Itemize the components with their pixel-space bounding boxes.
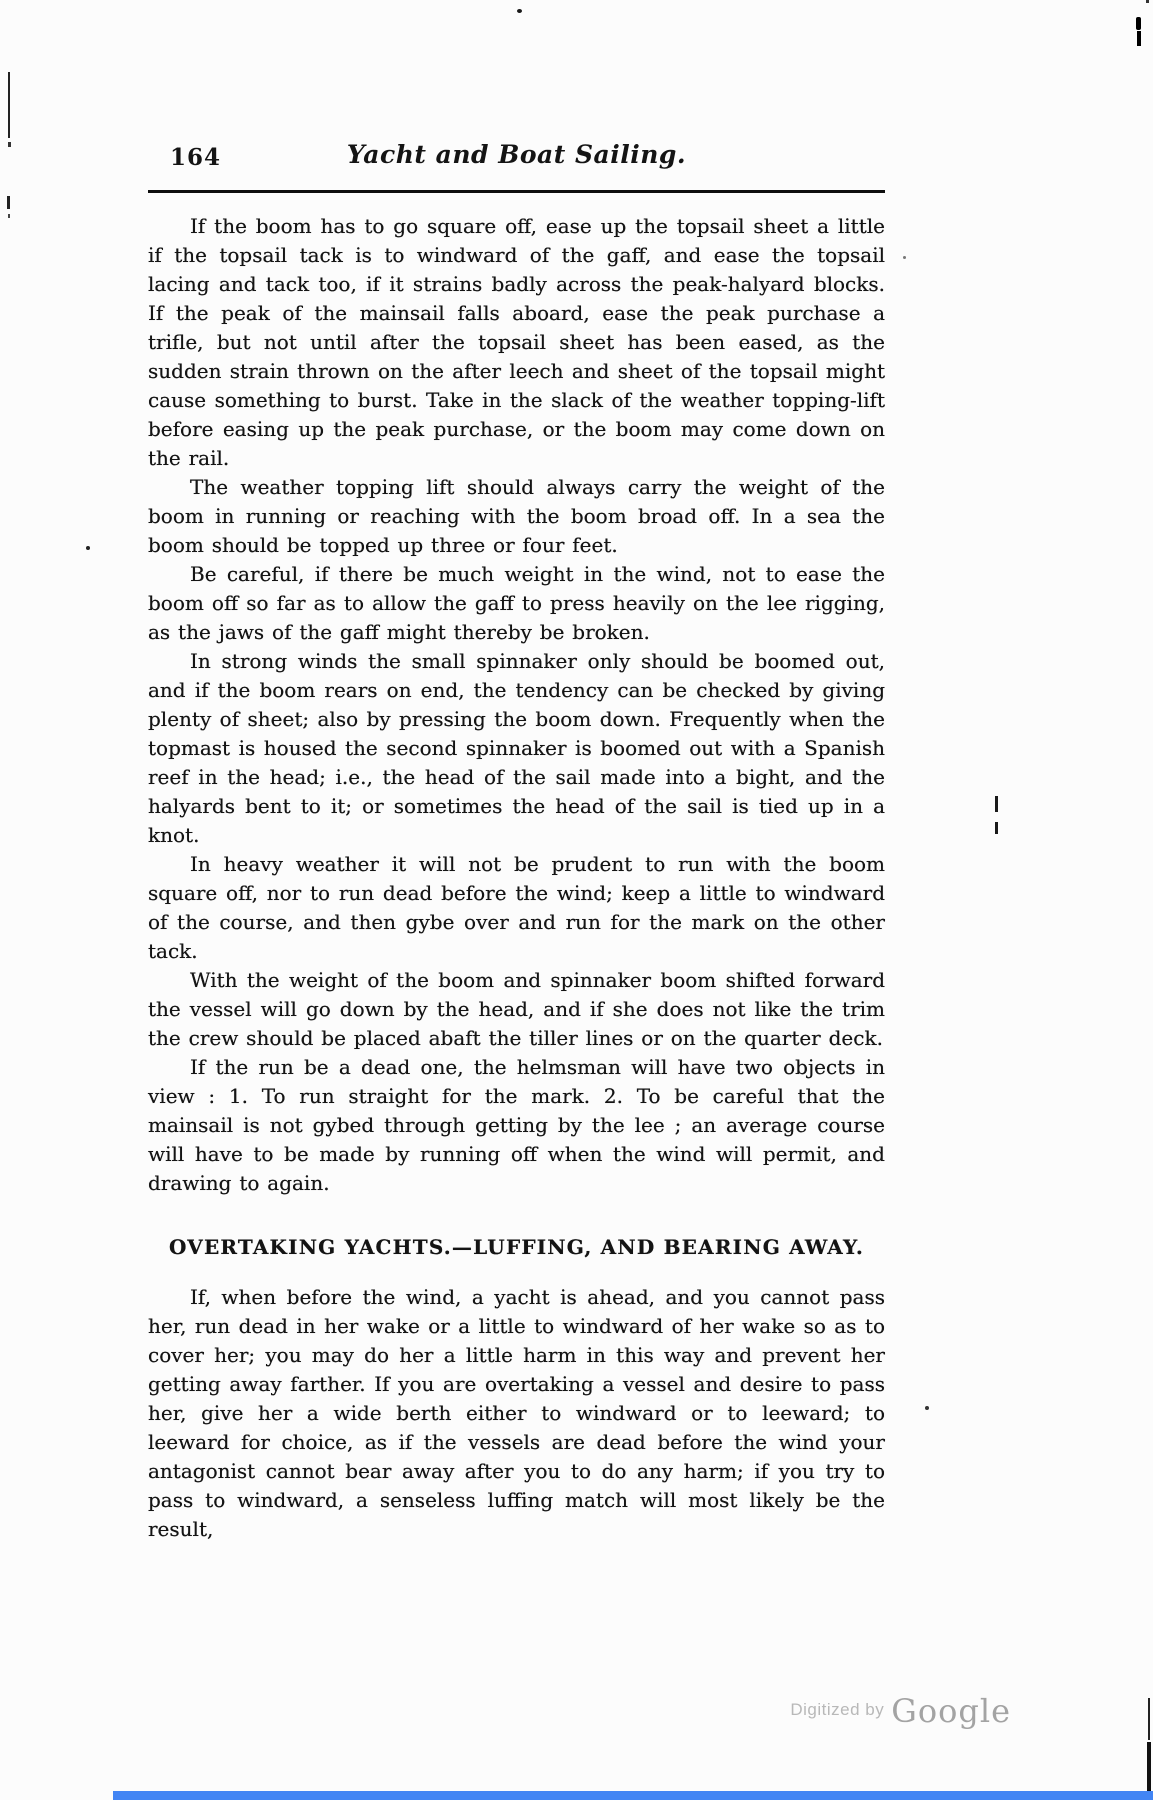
page-header: 164 Yacht and Boat Sailing. [148, 140, 885, 178]
paragraph: In heavy weather it will not be prudent … [148, 850, 885, 966]
scan-artifact [925, 1406, 929, 1410]
paragraph: If, when before the wind, a yacht is ahe… [148, 1283, 885, 1544]
scan-artifact [8, 214, 10, 218]
scan-artifact [1136, 17, 1141, 30]
scan-artifact [1146, 0, 1149, 3]
paragraph: Be careful, if there be much weight in t… [148, 560, 885, 647]
scan-artifact [8, 72, 10, 138]
digitized-by-label: Digitized by [790, 1700, 884, 1719]
paragraph: In strong winds the small spinnaker only… [148, 647, 885, 850]
scan-artifact [1148, 1698, 1150, 1740]
body-text: If the boom has to go square off, ease u… [148, 212, 885, 1544]
scan-artifact [995, 796, 998, 812]
paragraph: With the weight of the boom and spinnake… [148, 966, 885, 1053]
scanned-book-page: 164 Yacht and Boat Sailing. If the boom … [0, 0, 1153, 1800]
bottom-blue-bar [113, 1791, 1153, 1800]
google-logo: Google [891, 1692, 1011, 1730]
scan-artifact [903, 256, 906, 259]
page-number: 164 [170, 144, 221, 171]
scan-artifact [8, 142, 11, 147]
scan-artifact [1147, 1742, 1151, 1792]
paragraph: If the boom has to go square off, ease u… [148, 212, 885, 473]
paragraph: If the run be a dead one, the helmsman w… [148, 1053, 885, 1198]
running-title: Yacht and Boat Sailing. [148, 140, 885, 169]
scan-artifact [517, 9, 522, 13]
section-heading: OVERTAKING YACHTS.—LUFFING, AND BEARING … [148, 1235, 885, 1259]
paragraph: The weather topping lift should always c… [148, 473, 885, 560]
header-rule [148, 190, 885, 193]
scan-artifact [1137, 31, 1141, 46]
scan-artifact [995, 822, 998, 834]
watermark: Digitized byGoogle [790, 1692, 1011, 1730]
scan-artifact [86, 546, 90, 550]
page-content-column: 164 Yacht and Boat Sailing. If the boom … [148, 140, 885, 1544]
scan-artifact [7, 196, 10, 209]
